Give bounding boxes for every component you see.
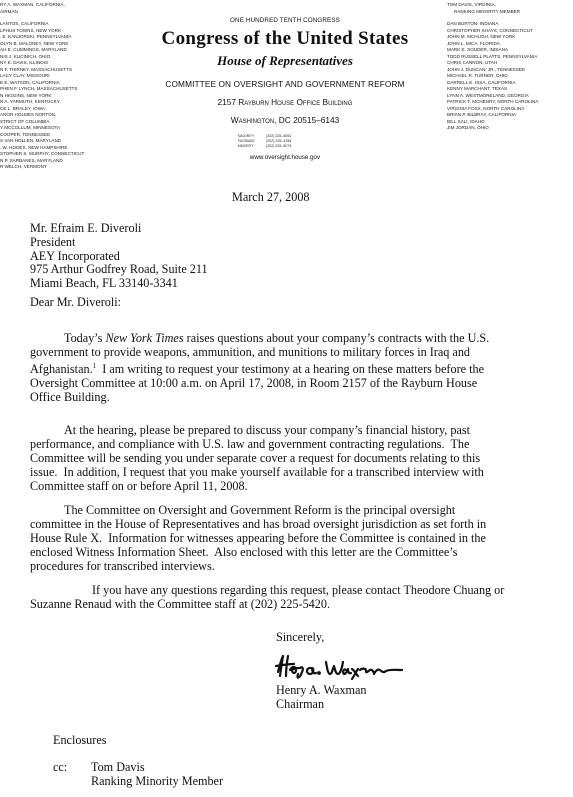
paragraph-line: issue. In addition, I request that you m… xyxy=(30,465,550,479)
paragraph-line: If you have any questions regarding this… xyxy=(30,583,550,597)
cc-label: cc: xyxy=(53,760,91,788)
text: I am writing to request your testimony a… xyxy=(96,362,484,376)
paragraph-3: The Committee on Oversight and Governmen… xyxy=(30,503,550,573)
enclosures-note: Enclosures xyxy=(53,733,106,748)
phone-numbers: Majority (202) 225–5051 Facsimile (202) … xyxy=(238,134,291,149)
letterhead-subtitle: House of Representatives xyxy=(140,53,430,69)
signatory-title: Chairman xyxy=(276,697,367,711)
congress-number: ONE HUNDRED TENTH CONGRESS xyxy=(140,17,430,24)
paragraph-line: committee in the House of Representative… xyxy=(30,517,550,531)
majority-members-list: RY A. WAXMAN, CALIFORNIA, AIRMAN LANTOS,… xyxy=(0,2,130,171)
committee-member: R WELCH, VERMONT xyxy=(0,164,130,171)
paragraph-line: Office Building. xyxy=(30,390,550,404)
paragraph-line: government to provide weapons, ammunitio… xyxy=(30,345,550,359)
salutation: Dear Mr. Diveroli: xyxy=(30,295,121,310)
paragraph-line: House Rule X. Information for witnesses … xyxy=(30,531,550,545)
phone-label: Minority xyxy=(238,144,266,149)
closing: Sincerely, xyxy=(276,630,324,645)
publication-name: New York Times xyxy=(105,331,183,345)
paragraph-line: Suzanne Renaud with the Committee staff … xyxy=(30,597,550,611)
text: raises questions about your company’s co… xyxy=(184,331,490,345)
cc-title: Ranking Minority Member xyxy=(91,774,223,788)
phone-row: Minority (202) 225–5074 xyxy=(238,144,291,149)
paragraph-line: Committee staff on or before April 11, 2… xyxy=(30,479,550,493)
paragraph-line: enclosed Witness Information Sheet. Also… xyxy=(30,545,550,559)
paragraph-1: Today’s New York Times raises questions … xyxy=(30,331,550,404)
recipient-company: AEY Incorporated xyxy=(30,250,208,264)
committee-name: COMMITTEE ON OVERSIGHT AND GOVERNMENT RE… xyxy=(140,79,430,89)
committee-member: JIM JORDAN, OHIO xyxy=(447,125,573,132)
text: Afghanistan. xyxy=(30,362,93,376)
paragraph-line: performance, and compliance with U.S. la… xyxy=(30,437,550,451)
text: Today’s xyxy=(64,331,105,345)
city-state-zip: Washington, DC 20515–6143 xyxy=(140,115,430,125)
paragraph-line: At the hearing, please be prepared to di… xyxy=(30,423,550,437)
minority-members-list: TOM DAVIS, VIRGINIA, RANKING MINORITY ME… xyxy=(447,2,573,132)
recipient-street: 975 Arthur Godfrey Road, Suite 211 xyxy=(30,263,208,277)
signatory: Henry A. Waxman Chairman xyxy=(276,683,367,711)
cc-block: cc: Tom Davis Ranking Minority Member xyxy=(53,760,223,788)
paragraph-4: If you have any questions regarding this… xyxy=(30,583,550,611)
paragraph-line: procedures for transcribed interviews. xyxy=(30,559,550,573)
signature-image xyxy=(274,652,424,680)
letterhead-title: Congress of the United States xyxy=(140,28,430,50)
letter-date: March 27, 2008 xyxy=(232,190,310,205)
paragraph-line: Today’s New York Times raises questions … xyxy=(30,331,550,345)
website-link[interactable]: www.oversight.house.gov xyxy=(140,154,430,161)
recipient-city: Miami Beach, FL 33140-3341 xyxy=(30,277,208,291)
paragraph-line: Committee will be sending you under sepa… xyxy=(30,451,550,465)
paragraph-line: Afghanistan.1 I am writing to request yo… xyxy=(30,359,550,376)
cc-name: Tom Davis xyxy=(91,760,223,774)
recipient-name: Mr. Efraim E. Diveroli xyxy=(30,222,208,236)
paragraph-2: At the hearing, please be prepared to di… xyxy=(30,423,550,493)
phone-number: (202) 225–5074 xyxy=(266,144,291,149)
paragraph-line: The Committee on Oversight and Governmen… xyxy=(30,503,550,517)
office-address: 2157 Rayburn House Office Building xyxy=(140,97,430,107)
recipient-title: President xyxy=(30,236,208,250)
paragraph-line: Oversight Committee at 10:00 a.m. on Apr… xyxy=(30,376,550,390)
recipient-address: Mr. Efraim E. Diveroli President AEY Inc… xyxy=(30,222,208,291)
signatory-name: Henry A. Waxman xyxy=(276,683,367,697)
